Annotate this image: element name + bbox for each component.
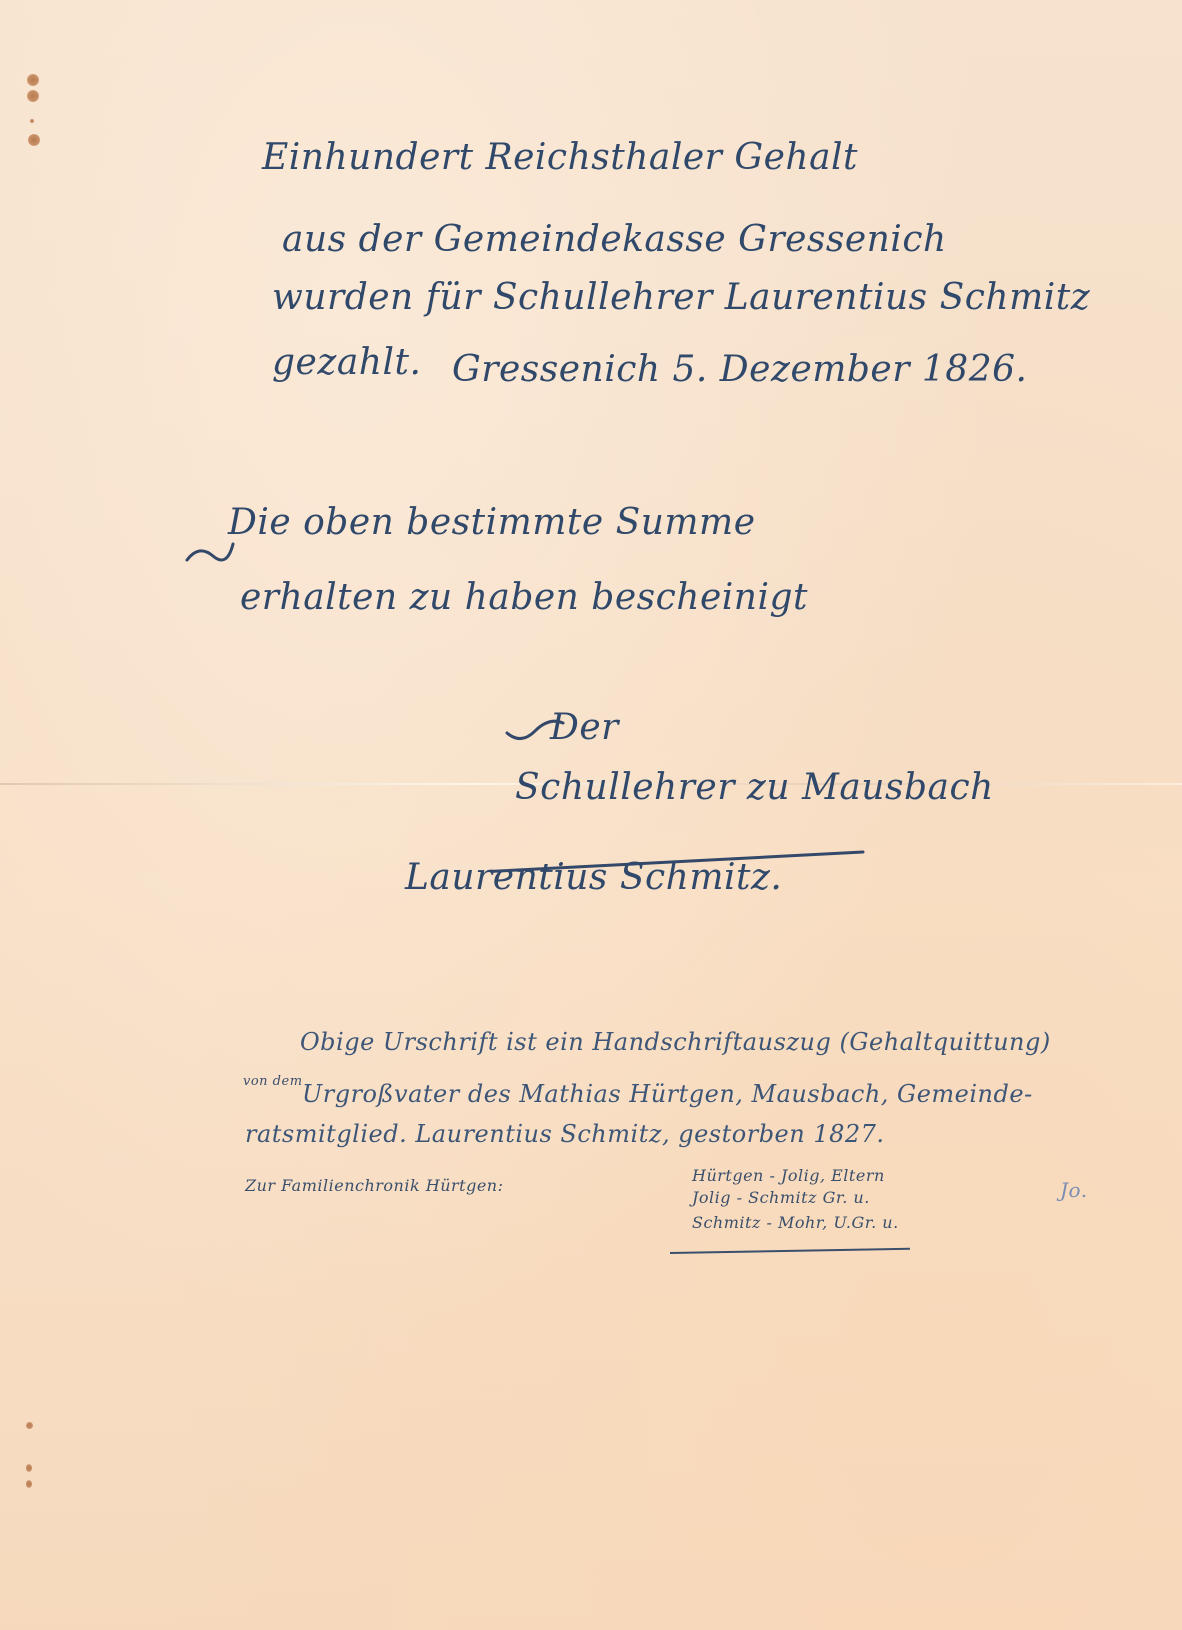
signature-title: Schullehrer zu Mausbach (515, 770, 994, 806)
punch-hole-stain (27, 74, 39, 86)
family-underline (670, 1248, 910, 1254)
receipt-place-date: Gressenich 5. Dezember 1826. (452, 352, 1027, 388)
punch-hole-stain (26, 1480, 32, 1488)
signature-name: Laurentius Schmitz. (405, 860, 782, 896)
family-line-3: Schmitz - Mohr, U.Gr. u. (692, 1215, 899, 1231)
acknowledgement-line-2: erhalten zu haben bescheinigt (240, 580, 808, 616)
punch-hole-stain (30, 119, 34, 123)
receipt-line-2: aus der Gemeindekasse Gressenich (282, 222, 947, 258)
signature-article: Der (550, 710, 619, 746)
acknowledgement-line-1: Die oben bestimmte Summe (228, 505, 756, 541)
receipt-line-1: Einhundert Reichsthaler Gehalt (262, 140, 858, 176)
family-line-1: Hürtgen - Jolig, Eltern (692, 1168, 885, 1184)
punch-hole-stain (26, 1422, 33, 1429)
punch-hole-stain (26, 1464, 32, 1472)
annotation-line-3: ratsmitglied. Laurentius Schmitz, gestor… (245, 1122, 885, 1146)
receipt-line-4: gezahlt. (272, 345, 421, 381)
annotation-line-2: Urgroßvater des Mathias Hürtgen, Mausbac… (302, 1082, 1033, 1106)
document-page: Einhundert Reichsthaler Gehalt aus der G… (0, 0, 1182, 1630)
family-line-2: Jolig - Schmitz Gr. u. (692, 1190, 870, 1206)
annotation-line-1: Obige Urschrift ist ein Handschriftauszu… (300, 1030, 1051, 1054)
family-chronicle-label: Zur Familienchronik Hürtgen: (245, 1178, 504, 1194)
annotation-initials: Jo. (1060, 1180, 1088, 1200)
punch-hole-stain (27, 90, 39, 102)
punch-hole-stain (28, 134, 40, 146)
annotation-superscript: von dem (243, 1075, 303, 1088)
receipt-line-3: wurden für Schullehrer Laurentius Schmit… (272, 280, 1090, 316)
